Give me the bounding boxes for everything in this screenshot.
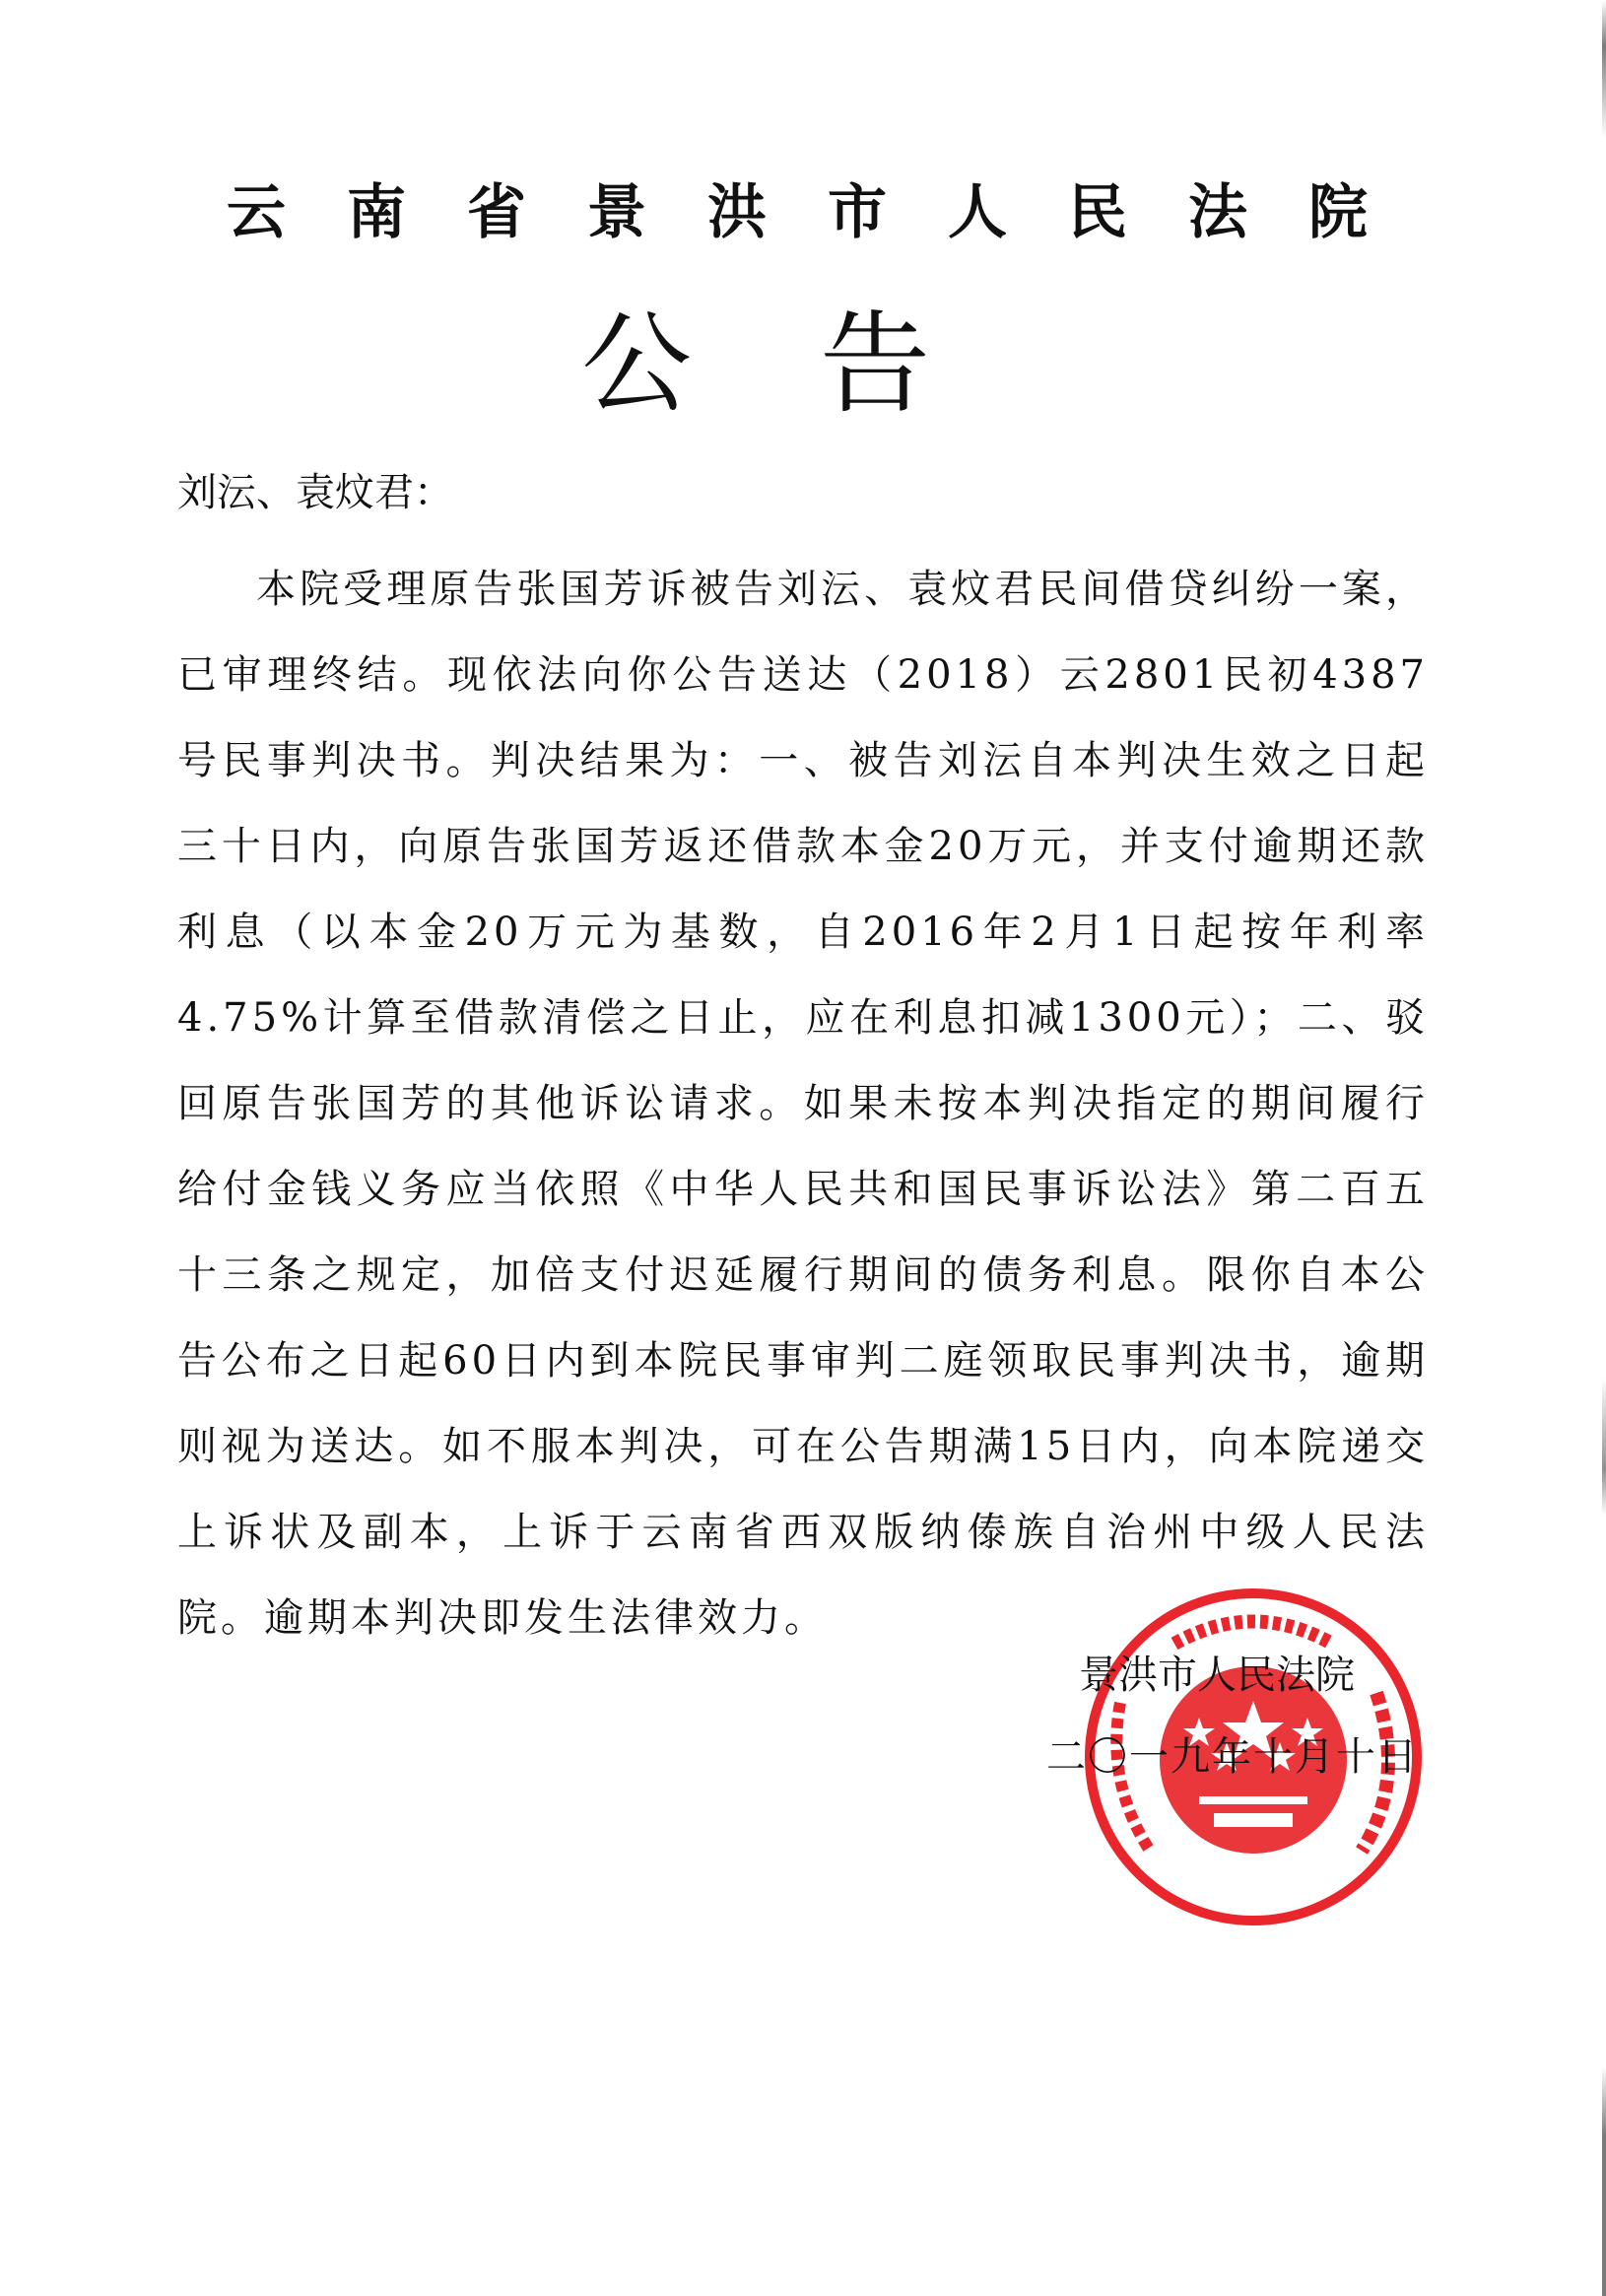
court-header: 云南省景洪市人民法院 [227,175,1389,250]
document-title: 公告 [581,301,1058,429]
scan-edge [1602,0,1606,2296]
signature-court-name: 景洪市人民法院 [1079,1648,1355,1703]
salutation: 刘沄、袁炆君： [177,463,453,522]
document-page: 云南省景洪市人民法院 公告 刘沄、袁炆君： 本院受理原告张国芳诉被告刘沄、袁炆君… [0,0,1606,2296]
signature-date: 二〇一九年十月十日 [1046,1729,1419,1785]
notice-body: 本院受理原告张国芳诉被告刘沄、袁炆君民间借贷纠纷一案，已审理终结。现依法向你公告… [177,547,1429,1661]
